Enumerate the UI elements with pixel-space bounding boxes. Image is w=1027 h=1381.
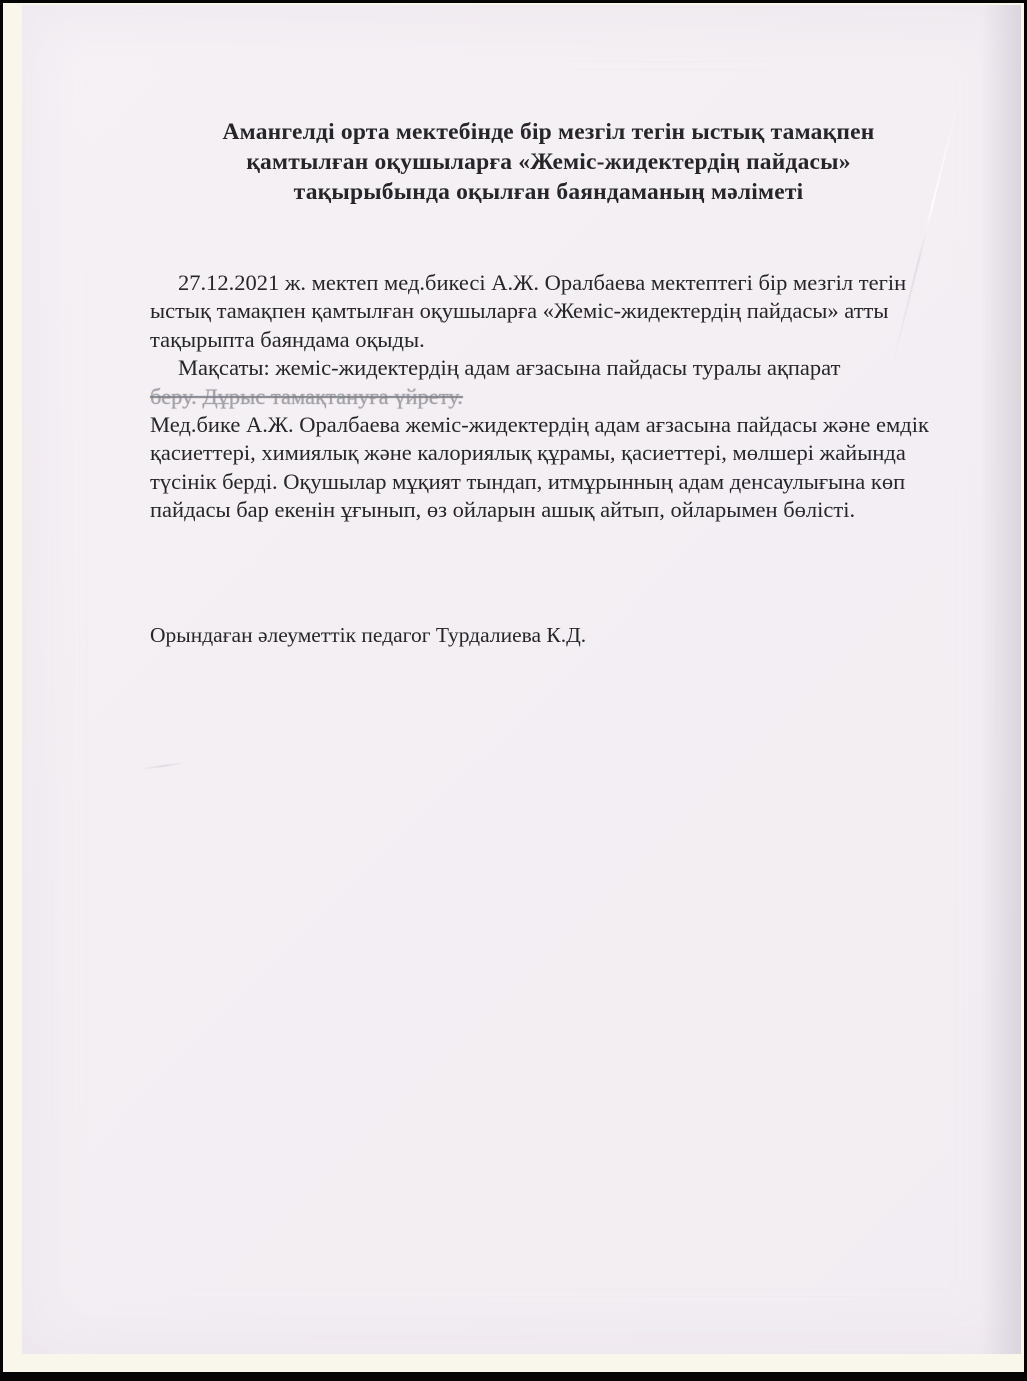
report-title: Амангелді орта мектебінде бір мезгіл тег… [168, 117, 929, 207]
signature-line: Орындаған әлеуметтік педагог Турдалиева … [150, 622, 939, 649]
paragraph-intro: 27.12.2021 ж. мектеп мед.бикесі А.Ж. Ора… [150, 269, 939, 354]
paper-crease [140, 762, 186, 770]
scan-frame: Амангелді орта мектебінде бір мезгіл тег… [0, 0, 1027, 1381]
report-body: 27.12.2021 ж. мектеп мед.бикесі А.Ж. Ора… [150, 269, 939, 649]
paragraph-goal-line2-faded: беру. Дұрыс тамақтануға үйрету. [150, 384, 463, 409]
paragraph-goal: Мақсаты: жеміс-жидектердің адам ағзасына… [150, 354, 939, 411]
page-content: Амангелді орта мектебінде бір мезгіл тег… [22, 5, 1021, 649]
paragraph-body: Мед.бике А.Ж. Оралбаева жеміс-жидектерді… [150, 411, 939, 525]
scanned-page: Амангелді орта мектебінде бір мезгіл тег… [22, 5, 1021, 1354]
paragraph-goal-line1: Мақсаты: жеміс-жидектердің адам ағзасына… [178, 355, 840, 380]
